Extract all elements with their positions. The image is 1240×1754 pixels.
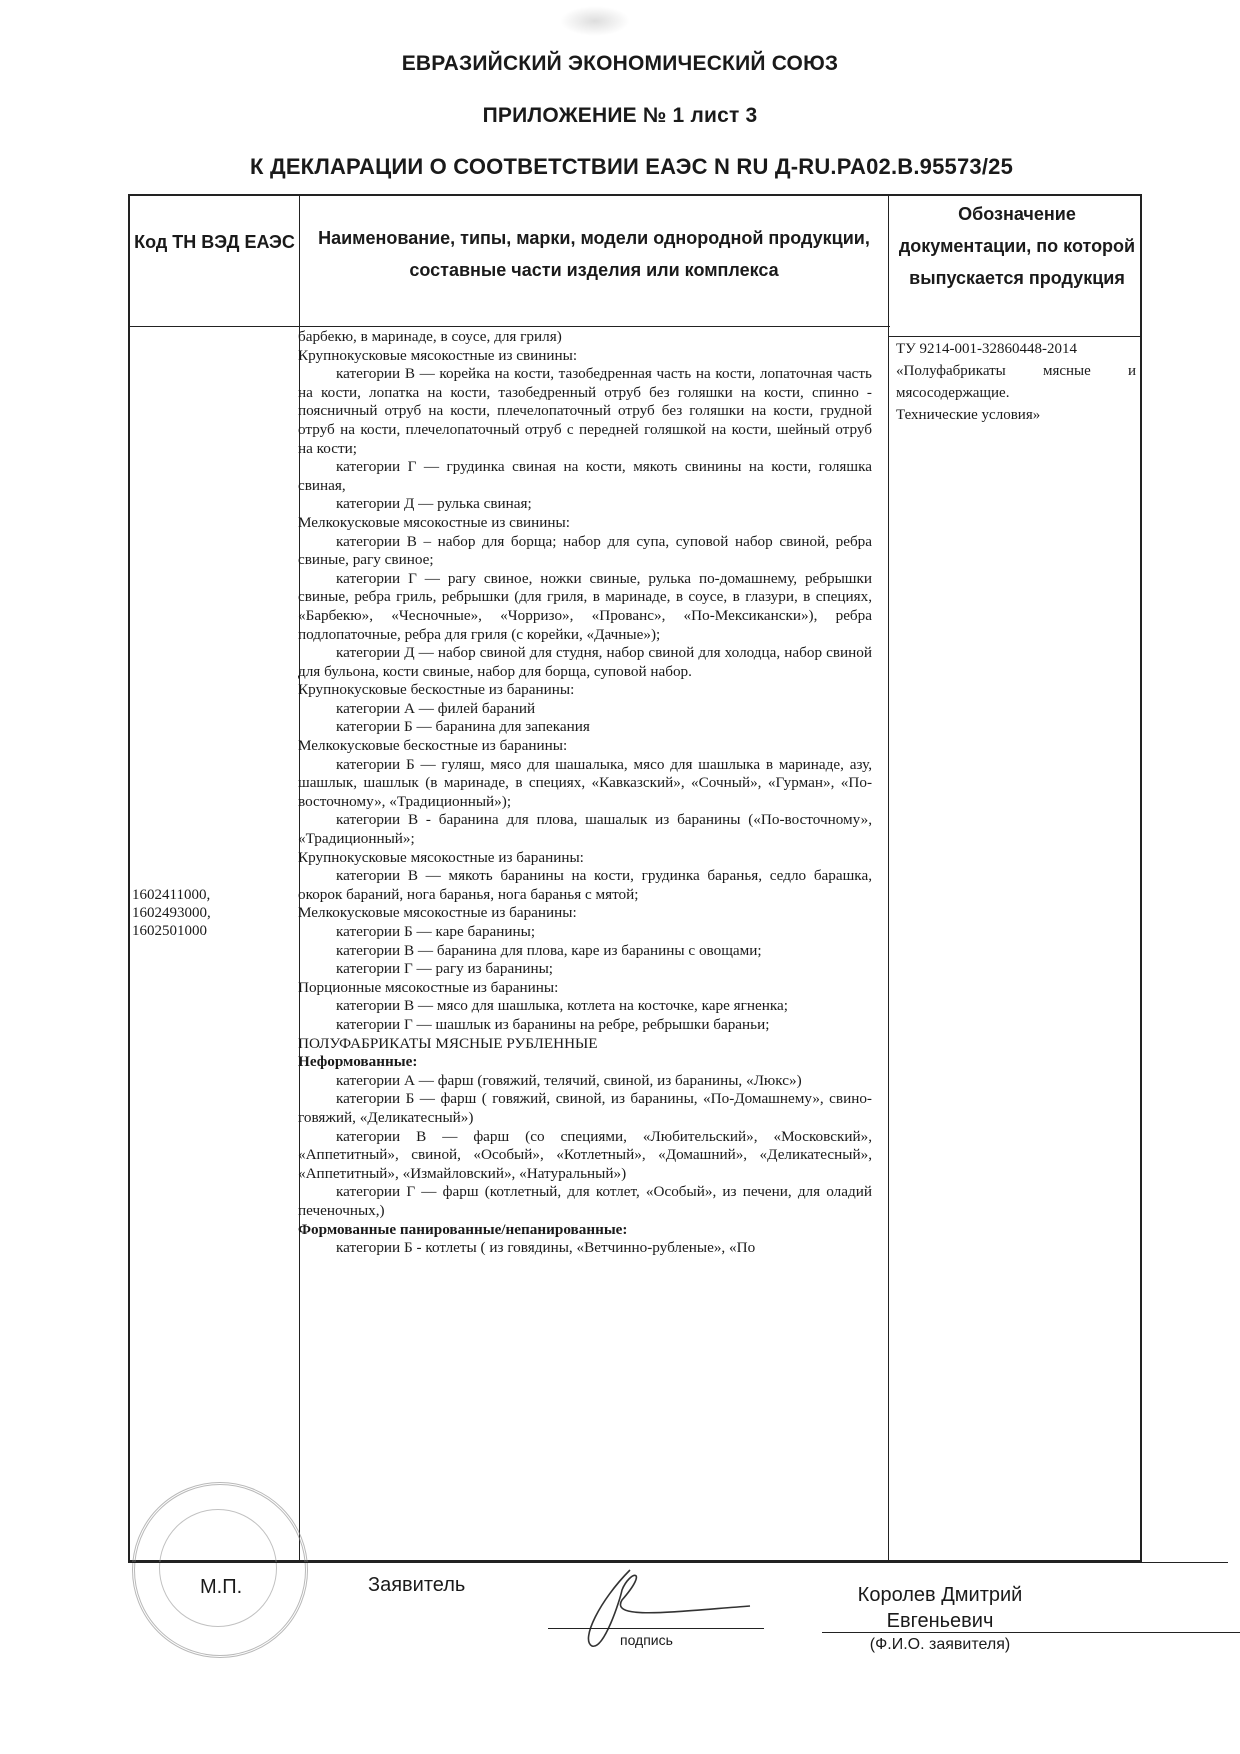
- product-paragraph: категории Б - котлеты ( из говядины, «Ве…: [298, 1239, 872, 1258]
- tnved-code: 1602493000,: [132, 904, 211, 922]
- product-paragraph: Мелкокусковые мясокостные из свинины:: [298, 514, 872, 533]
- applicant-label: Заявитель: [368, 1574, 465, 1597]
- header-divider: [130, 326, 890, 327]
- header-divider: [888, 336, 1140, 337]
- product-paragraph: категории Г — грудинка свиная на кости, …: [298, 458, 872, 495]
- product-description: барбекю, в маринаде, в соусе, для гриля)…: [298, 328, 872, 1258]
- scan-artifact: [560, 6, 630, 36]
- signature-line: [548, 1628, 764, 1629]
- documentation-cell: ТУ 9214-001-32860448-2014 «Полуфабрикаты…: [896, 338, 1136, 426]
- declaration-title: К ДЕКЛАРАЦИИ О СООТВЕТСТВИИ ЕАЭС N RU Д-…: [250, 154, 1050, 180]
- signature-label: подпись: [620, 1632, 673, 1648]
- product-paragraph: категории Б — фарш ( говяжий, свиной, из…: [298, 1090, 872, 1127]
- product-paragraph: категории Г — рагу из баранины;: [298, 960, 872, 979]
- product-paragraph: Порционные мясокостные из баранины:: [298, 979, 872, 998]
- product-paragraph: категории А — фарш (говяжий, телячий, св…: [298, 1072, 872, 1091]
- product-paragraph: категории Г — рагу свиное, ножки свиные,…: [298, 570, 872, 644]
- name-line: [822, 1632, 1240, 1633]
- product-paragraph: Неформованные:: [298, 1053, 872, 1072]
- union-title: ЕВРАЗИЙСКИЙ ЭКОНОМИЧЕСКИЙ СОЮЗ: [0, 52, 1240, 76]
- product-paragraph: категории Д — рулька свиная;: [298, 495, 872, 514]
- column-header-name: Наименование, типы, марки, модели одноро…: [300, 222, 888, 286]
- applicant-name: Королев Дмитрий Евгеньевич: [830, 1582, 1050, 1634]
- product-paragraph: Формованные панированные/непанированные:: [298, 1221, 872, 1240]
- product-paragraph: категории Г — шашлык из баранины на ребр…: [298, 1016, 872, 1035]
- product-paragraph: категории В - баранина для плова, шашалы…: [298, 811, 872, 848]
- stamp-place-label: М.П.: [200, 1576, 242, 1599]
- appendix-title: ПРИЛОЖЕНИЕ № 1 лист 3: [0, 104, 1240, 128]
- column-header-documentation: Обозначение документации, по которой вып…: [890, 198, 1144, 294]
- product-paragraph: категории В — мясо для шашлыка, котлета …: [298, 997, 872, 1016]
- product-paragraph: категории В — корейка на кости, тазобедр…: [298, 365, 872, 458]
- tnved-code: 1602411000,: [132, 886, 211, 904]
- product-paragraph: Крупнокусковые бескостные из баранины:: [298, 681, 872, 700]
- product-paragraph: категории В — баранина для плова, каре и…: [298, 942, 872, 961]
- column-header-code: Код ТН ВЭД ЕАЭС: [130, 226, 299, 258]
- product-paragraph: Мелкокусковые мясокостные из баранины:: [298, 904, 872, 923]
- product-paragraph: барбекю, в маринаде, в соусе, для гриля): [298, 328, 872, 347]
- product-paragraph: категории Г — фарш (котлетный, для котле…: [298, 1183, 872, 1220]
- product-paragraph: ПОЛУФАБРИКАТЫ МЯСНЫЕ РУБЛЕННЫЕ: [298, 1035, 872, 1054]
- name-label: (Ф.И.О. заявителя): [850, 1636, 1030, 1654]
- product-paragraph: категории В – набор для борща; набор для…: [298, 533, 872, 570]
- product-paragraph: категории Б — баранина для запекания: [298, 718, 872, 737]
- applicant-name-line2: Евгеньевич: [830, 1608, 1050, 1634]
- column-divider: [888, 196, 889, 1560]
- tu-subtitle: Технические условия»: [896, 404, 1136, 426]
- product-paragraph: категории А — филей бараний: [298, 700, 872, 719]
- tu-title: «Полуфабрикаты мясные и мясосодержащие.: [896, 360, 1136, 404]
- company-seal-icon: [132, 1482, 308, 1658]
- product-paragraph: категории Д — набор свиной для студня, н…: [298, 644, 872, 681]
- product-paragraph: категории В — мякоть баранины на кости, …: [298, 867, 872, 904]
- products-table: Код ТН ВЭД ЕАЭС Наименование, типы, марк…: [128, 194, 1142, 1562]
- product-paragraph: Мелкокусковые бескостные из баранины:: [298, 737, 872, 756]
- tu-number: ТУ 9214-001-32860448-2014: [896, 338, 1136, 360]
- product-paragraph: категории Б — каре баранины;: [298, 923, 872, 942]
- product-paragraph: Крупнокусковые мясокостные из баранины:: [298, 849, 872, 868]
- tnved-code: 1602501000: [132, 922, 211, 940]
- product-paragraph: Крупнокусковые мясокостные из свинины:: [298, 347, 872, 366]
- product-paragraph: категории В — фарш (со специями, «Любите…: [298, 1128, 872, 1184]
- applicant-name-line1: Королев Дмитрий: [830, 1582, 1050, 1608]
- tnved-codes: 1602411000, 1602493000, 1602501000: [132, 886, 211, 940]
- product-paragraph: категории Б — гуляш, мясо для шашалыка, …: [298, 756, 872, 812]
